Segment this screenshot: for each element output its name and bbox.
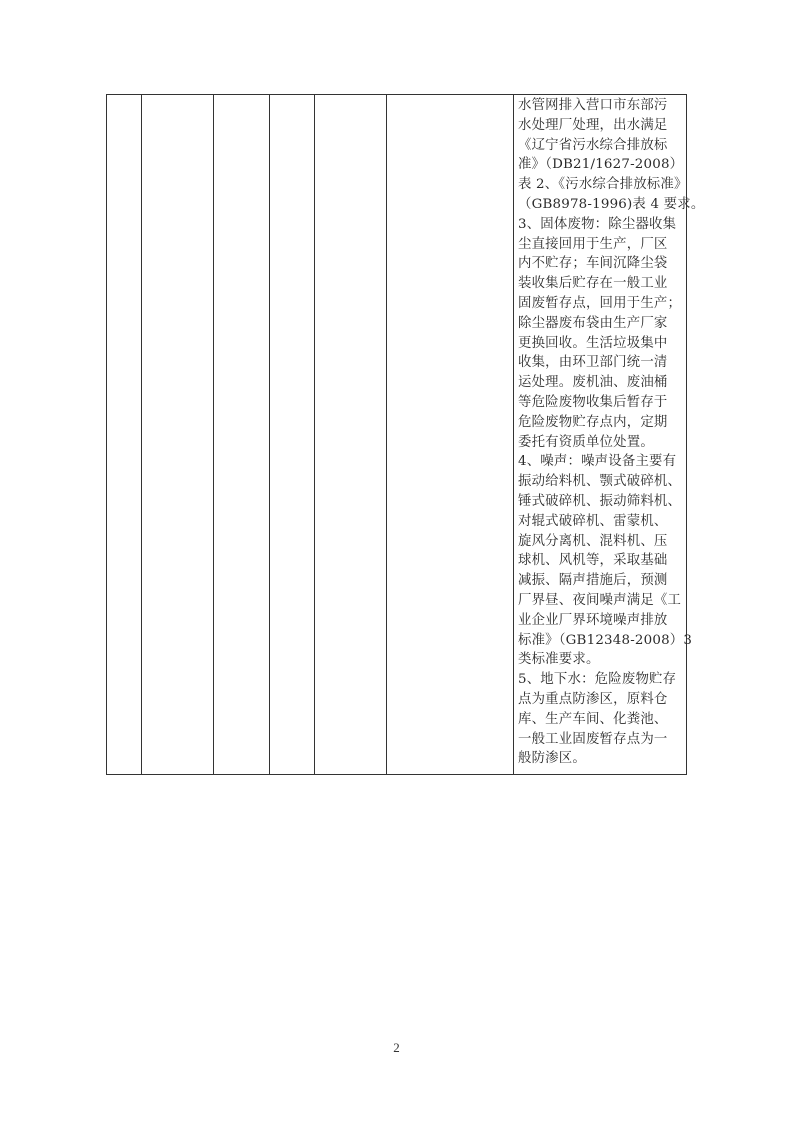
cell-line: 固废暂存点，回用于生产； xyxy=(518,294,684,314)
cell-line: 《辽宁省污水综合排放标 xyxy=(518,136,684,156)
cell-line: 运处理。废机油、废油桶 xyxy=(518,373,684,393)
cell-line: 3、固体废物：除尘器收集 xyxy=(518,215,684,235)
cell-line: 厂界昼、夜间噪声满足《工 xyxy=(518,591,684,611)
document-page: 水管网排入营口市东部污 水处理厂处理，出水满足 《辽宁省污水综合排放标 准》（D… xyxy=(0,0,793,1122)
cell-line: 等危险废物收集后暂存于 xyxy=(518,393,684,413)
cell-line: 业企业厂界环境噪声排放 xyxy=(518,611,684,631)
cell-line: 标准》（GB12348-2008）3 xyxy=(518,631,684,651)
cell-line: 球机、风机等，采取基础 xyxy=(518,551,684,571)
cell-line: 水管网排入营口市东部污 xyxy=(518,96,684,116)
column-divider-1 xyxy=(141,95,142,774)
cell-line: 库、生产车间、化粪池、 xyxy=(518,710,684,730)
cell-line: 水处理厂处理，出水满足 xyxy=(518,116,684,136)
column-divider-5 xyxy=(386,95,387,774)
cell-line: 装收集后贮存在一般工业 xyxy=(518,274,684,294)
cell-line: 更换回收。生活垃圾集中 xyxy=(518,334,684,354)
cell-line: 减振、隔声措施后，预测 xyxy=(518,571,684,591)
cell-line: 对辊式破碎机、雷蒙机、 xyxy=(518,512,684,532)
cell-line: 内不贮存；车间沉降尘袋 xyxy=(518,254,684,274)
table-cell-measures: 水管网排入营口市东部污 水处理厂处理，出水满足 《辽宁省污水综合排放标 准》（D… xyxy=(518,96,684,769)
column-divider-4 xyxy=(314,95,315,774)
cell-line: 类标准要求。 xyxy=(518,650,684,670)
cell-line: 准》（DB21/1627-2008） xyxy=(518,155,684,175)
cell-line: 4、噪声：噪声设备主要有 xyxy=(518,452,684,472)
cell-line: 危险废物贮存点内，定期 xyxy=(518,413,684,433)
cell-line: 点为重点防渗区，原料仓 xyxy=(518,690,684,710)
column-divider-3 xyxy=(269,95,270,774)
cell-line: 尘直接回用于生产，厂区 xyxy=(518,235,684,255)
cell-line: 一般工业固废暂存点为一 xyxy=(518,730,684,750)
cell-line: （GB8978-1996)表 4 要求。 xyxy=(518,195,684,215)
table: 水管网排入营口市东部污 水处理厂处理，出水满足 《辽宁省污水综合排放标 准》（D… xyxy=(106,94,687,775)
cell-line: 锤式破碎机、振动筛料机、 xyxy=(518,492,684,512)
column-divider-6 xyxy=(513,95,514,774)
cell-line: 旋风分离机、混料机、压 xyxy=(518,532,684,552)
column-divider-2 xyxy=(213,95,214,774)
cell-line: 5、地下水：危险废物贮存 xyxy=(518,670,684,690)
cell-line: 委托有资质单位处置。 xyxy=(518,433,684,453)
page-number: 2 xyxy=(0,1040,793,1056)
cell-line: 表 2、《污水综合排放标准》 xyxy=(518,175,684,195)
cell-line: 般防渗区。 xyxy=(518,749,684,769)
cell-line: 收集，由环卫部门统一清 xyxy=(518,353,684,373)
cell-line: 除尘器废布袋由生产厂家 xyxy=(518,314,684,334)
cell-line: 振动给料机、颚式破碎机、 xyxy=(518,472,684,492)
